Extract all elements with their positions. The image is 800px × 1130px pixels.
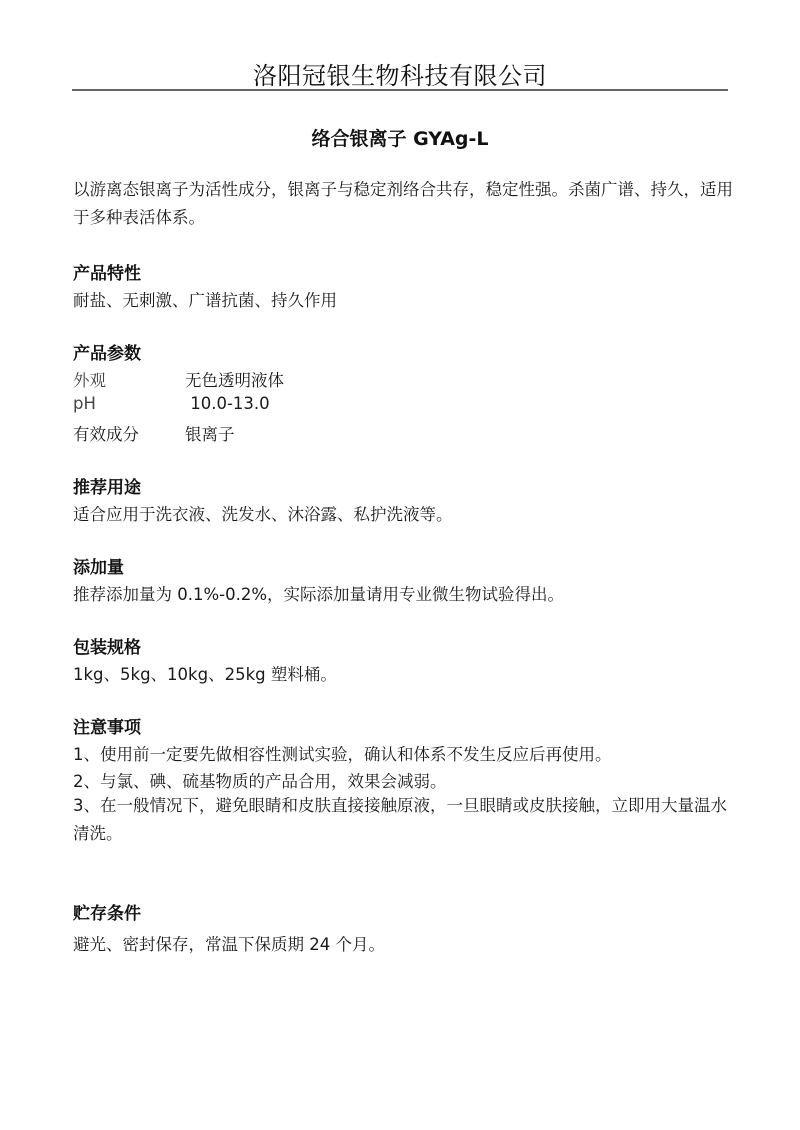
params-heading: 产品参数 — [73, 339, 141, 364]
dosage-text: 推荐添加量为 0.1%-0.2%，实际添加量请用专业微生物试验得出。 — [73, 581, 564, 605]
param-row-active-ingredient: 有效成分银离子 — [73, 421, 235, 445]
param-row-appearance: 外观无色透明液体 — [73, 367, 284, 391]
packaging-heading: 包装规格 — [73, 633, 141, 658]
packaging-text: 1kg、5kg、10kg、25kg 塑料桶。 — [73, 661, 337, 685]
company-name: 洛阳冠银生物科技有限公司 — [0, 56, 800, 91]
note-item-2: 2、与氯、碘、硫基物质的产品合用，效果会减弱。 — [73, 768, 447, 792]
param-value: 无色透明液体 — [185, 371, 284, 390]
storage-heading: 贮存条件 — [73, 899, 141, 924]
features-heading: 产品特性 — [73, 259, 141, 284]
param-value: 银离子 — [185, 425, 235, 444]
features-text: 耐盐、无刺激、广谱抗菌、持久作用 — [73, 287, 337, 311]
product-title: 络合银离子 GYAg-L — [0, 124, 800, 151]
header-divider — [72, 89, 728, 91]
param-row-ph: pH 10.0-13.0 — [73, 394, 270, 413]
note-item-3: 3、在一般情况下，避免眼睛和皮肤直接接触原液，一旦眼睛或皮肤接触，立即用大量温水… — [73, 792, 729, 848]
dosage-heading: 添加量 — [73, 553, 124, 578]
param-label: pH — [73, 394, 185, 413]
product-intro: 以游离态银离子为活性成分，银离子与稳定剂络合共存，稳定性强。杀菌广谱、持久，适用… — [73, 176, 733, 232]
param-label: 有效成分 — [73, 421, 185, 445]
param-label: 外观 — [73, 367, 185, 391]
storage-text: 避光、密封保存，常温下保质期 24 个月。 — [73, 931, 385, 955]
note-item-1: 1、使用前一定要先做相容性测试实验，确认和体系不发生反应后再使用。 — [73, 741, 612, 765]
usage-heading: 推荐用途 — [73, 473, 141, 498]
notes-heading: 注意事项 — [73, 713, 141, 738]
param-value: 10.0-13.0 — [185, 394, 270, 413]
usage-text: 适合应用于洗衣液、洗发水、沐浴露、私护洗液等。 — [73, 501, 453, 525]
